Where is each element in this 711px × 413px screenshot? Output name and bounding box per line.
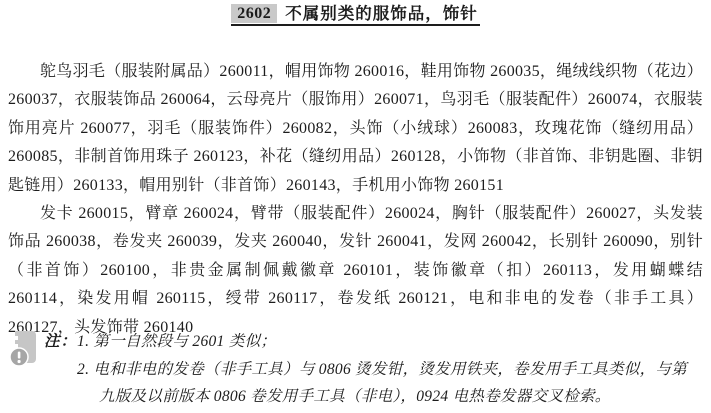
- section-heading-underline: 2602 不属别类的服饰品，饰针: [231, 4, 480, 26]
- section-title: 不属别类的服饰品，饰针: [277, 4, 480, 23]
- note-item-list: 1. 第一自然段与 2601 类似； 2. 电和非电的发卷（非手工具）与 080…: [77, 328, 687, 411]
- section-heading: 2602 不属别类的服饰品，饰针: [8, 4, 703, 26]
- note-content: 注： 1. 第一自然段与 2601 类似； 2. 电和非电的发卷（非手工具）与 …: [44, 328, 687, 411]
- note-item-1: 1. 第一自然段与 2601 类似；: [77, 328, 687, 356]
- document-page: 2602 不属别类的服饰品，饰针 鸵鸟羽毛（服装附属品）260011，帽用饰物 …: [0, 0, 711, 413]
- body-text: 鸵鸟羽毛（服装附属品）260011，帽用饰物 260016，鞋用饰物 26003…: [8, 58, 703, 342]
- note-book-exclamation-icon: [8, 331, 38, 369]
- paragraph-goods-list-2: 发卡 260015，臂章 260024，臂带（服装配件）260024，胸针（服装…: [8, 200, 703, 342]
- note-block: 注： 1. 第一自然段与 2601 类似； 2. 电和非电的发卷（非手工具）与 …: [8, 328, 703, 411]
- class-code-badge: 2602: [231, 4, 277, 23]
- note-item-2: 2. 电和非电的发卷（非手工具）与 0806 烫发钳，烫发用铁夹，卷发用手工具类…: [77, 356, 687, 411]
- paragraph-goods-list-1: 鸵鸟羽毛（服装附属品）260011，帽用饰物 260016，鞋用饰物 26003…: [8, 58, 703, 200]
- note-label: 注：: [44, 328, 77, 356]
